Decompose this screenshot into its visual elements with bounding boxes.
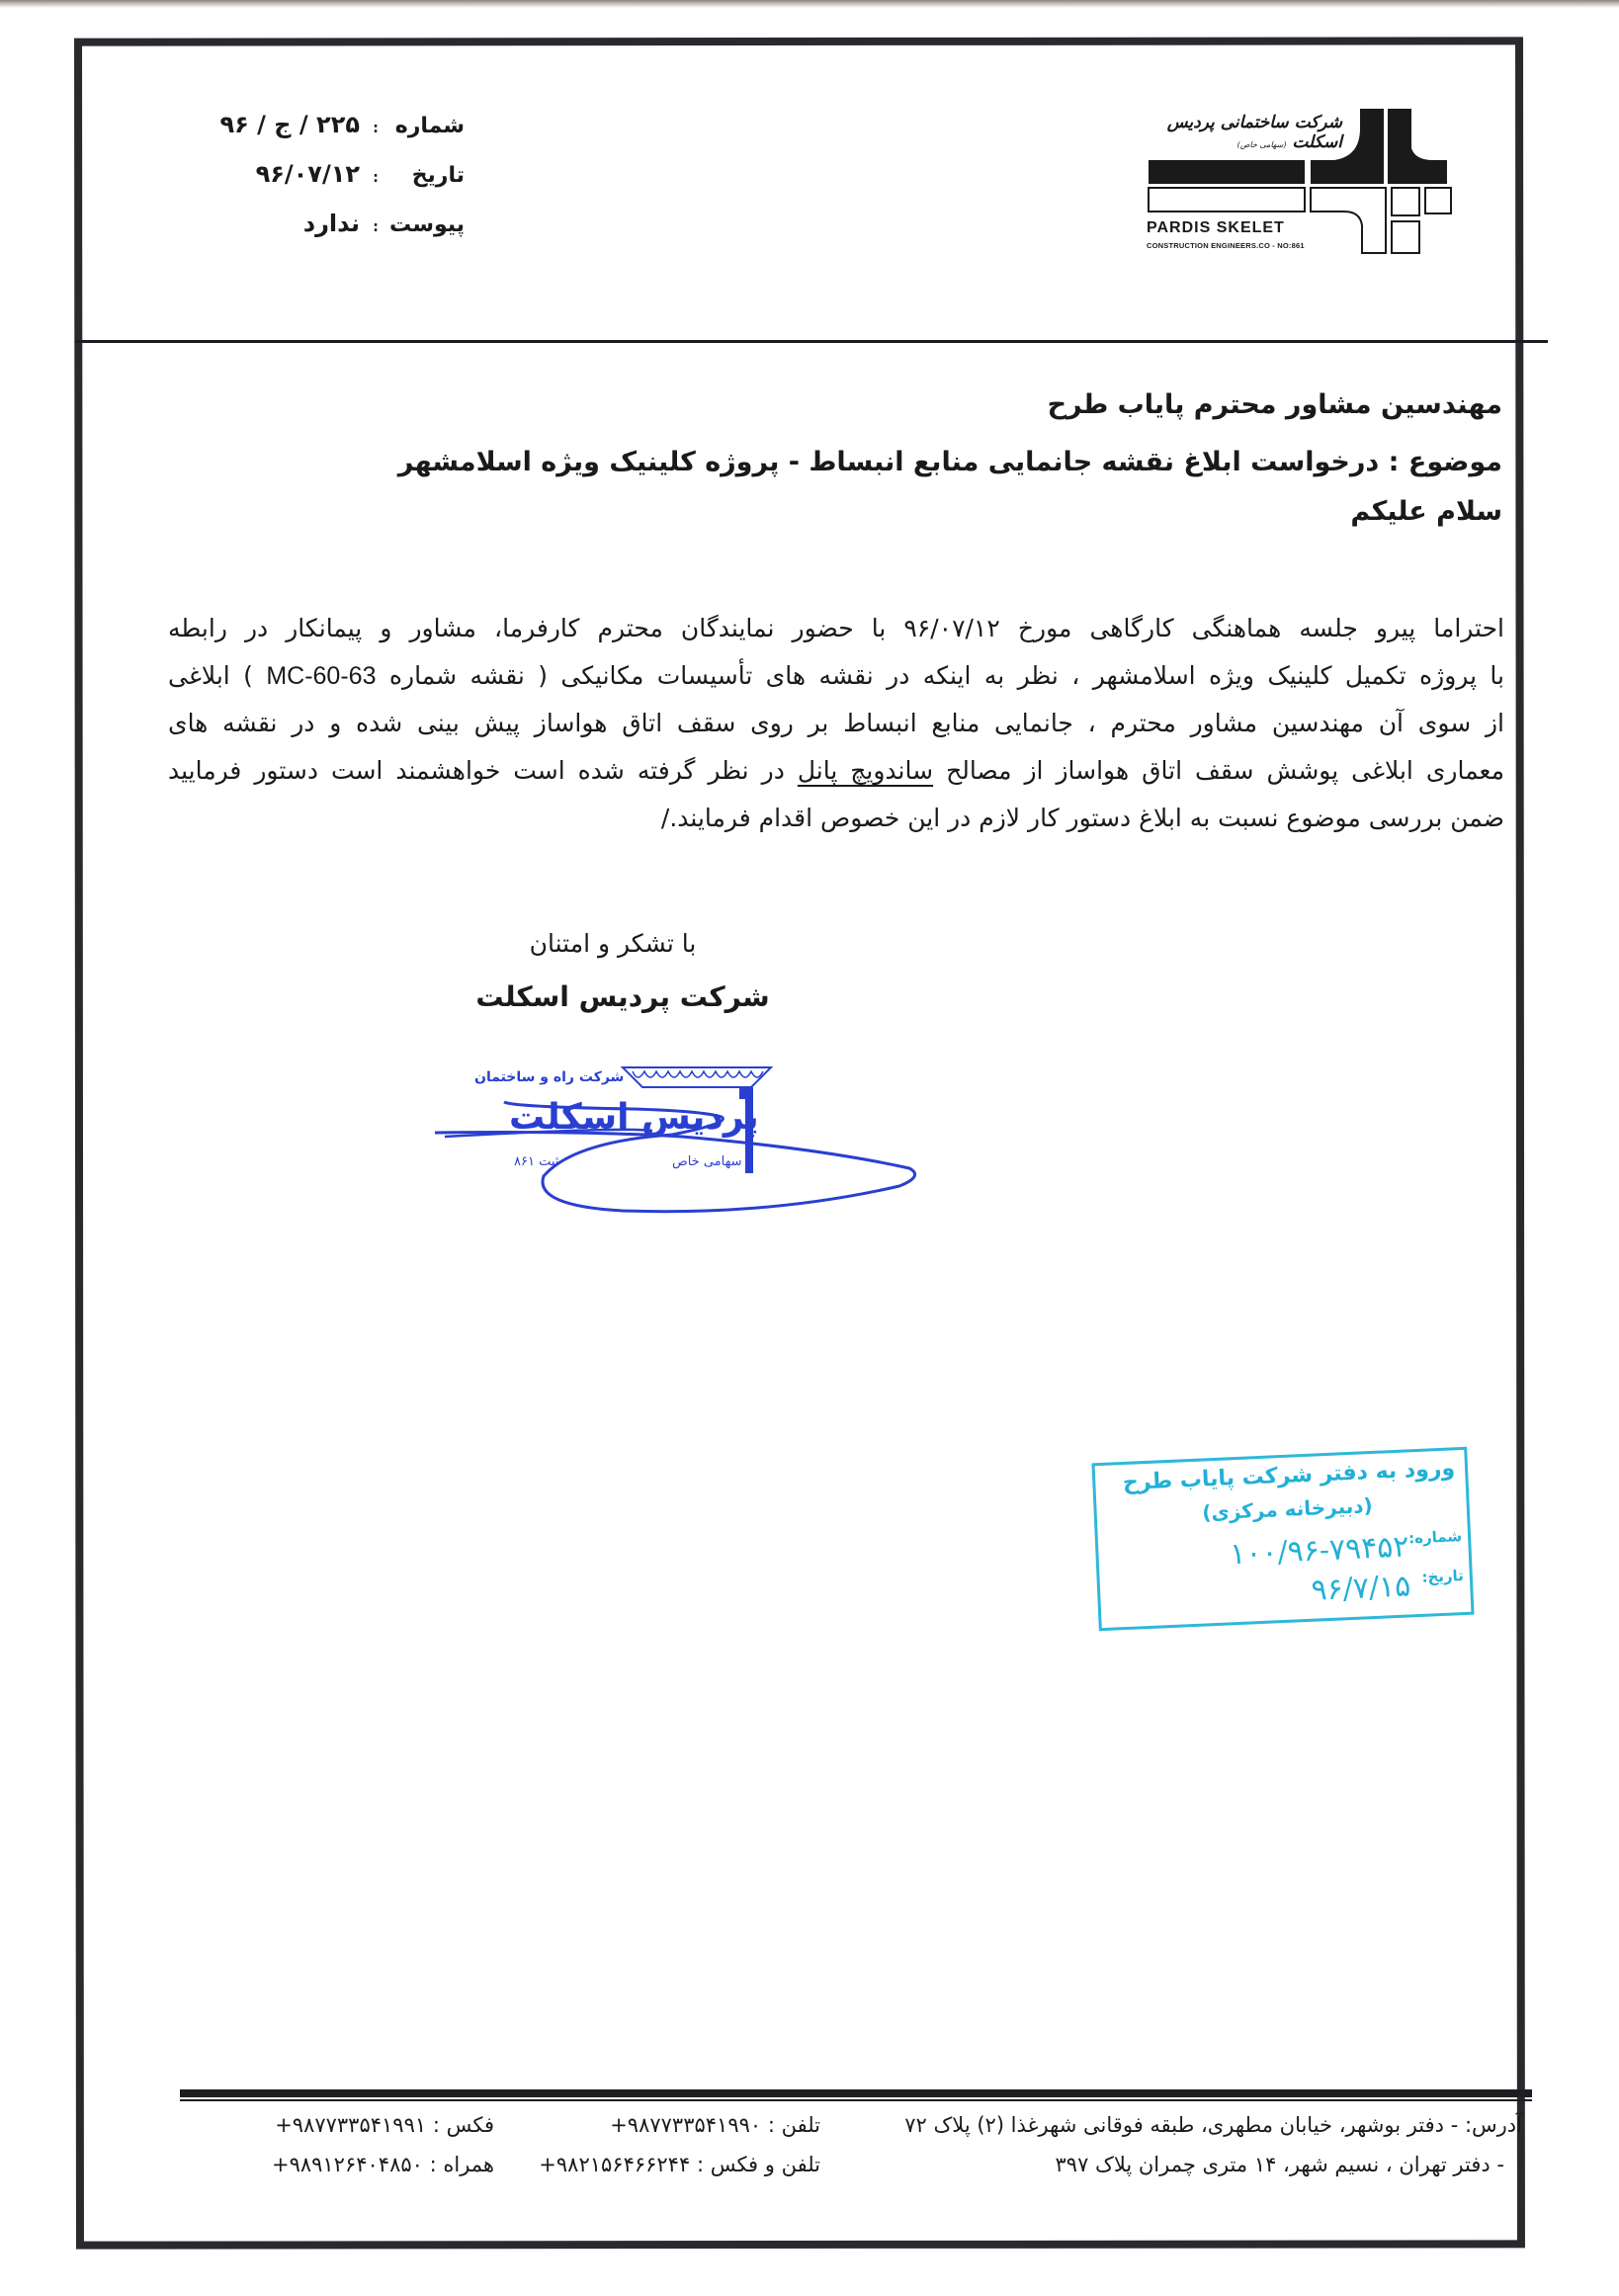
stamp-top-text: شرکت راه و ساختمان [474,1069,624,1085]
fax-value: +۹۸۷۷۳۳۵۴۱۹۹۱ [275,2113,426,2137]
phone-value: +۹۸۷۷۳۳۵۴۱۹۹۰ [610,2113,761,2137]
phone-fax-value: +۹۸۲۱۵۶۴۶۶۲۴۴ [539,2153,690,2176]
signatory-company: شرکت پردیس اسکلت [465,980,781,1013]
date-value: ۹۶/۰۷/۱۲ [198,160,366,188]
meta-number-row: شماره : ۲۲۵ / ج / ۹۶ [198,111,465,160]
phone-label: تلفن : [768,2113,820,2137]
date-label: تاریخ [385,163,465,188]
mobile-value: +۹۸۹۱۲۶۴۰۴۸۵۰ [272,2153,423,2176]
mobile: همراه : +۹۸۹۱۲۶۴۰۴۸۵۰ [267,2145,494,2184]
footer-divider-thick [180,2089,1532,2097]
stamp-main-text: پردیس اسکلت [509,1097,759,1138]
body-line-5: ضمن بررسی موضوع نسبت به ابلاغ دستور کار … [168,795,1504,842]
body-text: ) ابلاغی [168,661,253,690]
body-line-1: احتراما پیرو جلسه هماهنگی کارگاهی مورخ ۹… [168,605,1504,652]
separator: : [366,121,385,136]
company-stamp: شرکت راه و ساختمان پردیس اسکلت ثبت ۸۶۱ س… [425,1038,939,1226]
header-divider [75,340,1548,343]
recipient: مهندسین مشاور محترم پایاب طرح [1048,389,1502,420]
fax-label: فکس : [433,2113,494,2137]
attachment-value: ندارد [198,210,366,237]
received-number-value: ۱۰۰/۹۶-۷۹۴۵۲ [1229,1529,1409,1572]
body-line-4: معماری ابلاغی پوشش سقف اتاق هواساز از مص… [168,747,1504,795]
footer-divider-thin [180,2099,1532,2101]
address-tehran: - دفتر تهران ، نسیم شهر، ۱۴ متری چمران پ… [820,2145,1522,2184]
address-bushehr: آدرس: - دفتر بوشهر، خیابان مطهری، طبقه ف… [820,2105,1522,2145]
received-number-label: شماره: [1408,1527,1463,1547]
letter-body: احتراما پیرو جلسه هماهنگی کارگاهی مورخ ۹… [168,605,1504,842]
footer: آدرس: - دفتر بوشهر، خیابان مطهری، طبقه ف… [267,2105,1522,2184]
footer-line-tehran: - دفتر تهران ، نسیم شهر، ۱۴ متری چمران پ… [267,2145,1522,2184]
attachment-label: پیوست [385,213,465,237]
number-label: شماره [385,114,465,138]
body-text: با پروژه تکمیل کلینیک ویژه اسلامشهر ، نظ… [389,661,1504,690]
received-stamp-subtitle: (دبیرخانه مرکزی) [1202,1493,1373,1524]
number-value: ۲۲۵ / ج / ۹۶ [198,111,366,138]
drawing-code: MC-60-63 [266,662,376,690]
greeting: سلام علیکم [1350,496,1502,527]
received-date-label: تاریخ: [1421,1567,1464,1586]
letter-meta: شماره : ۲۲۵ / ج / ۹۶ تاریخ : ۹۶/۰۷/۱۲ پی… [198,111,465,259]
body-text: در نظر گرفته شده است خواهشمند است دستور … [168,756,785,785]
phone-fax-tehran: تلفن و فکس : +۹۸۲۱۵۶۴۶۶۲۴۴ [494,2145,820,2184]
received-stamp-title: ورود به دفتر شرکت پایاب طرح [1122,1456,1455,1495]
mobile-label: همراه : [430,2153,494,2176]
material-underlined: ساندویچ پانل [798,756,933,785]
stamp-registration: ثبت ۸۶۱ [514,1154,558,1169]
logo-english-sub: CONSTRUCTION ENGINEERS.CO - NO:861 [1147,241,1305,250]
scan-edge [0,0,1619,8]
phone-fax-label: تلفن و فکس : [697,2153,820,2176]
separator: : [366,219,385,235]
subject: موضوع : درخواست ابلاغ نقشه جانمایی منابع… [398,447,1502,477]
company-logo: شرکت ساختمانی پردیس اسکلت (سهامی خاص) PA… [1137,109,1492,267]
stamp-company-type: سهامی خاص [672,1154,742,1169]
footer-line-bushehr: آدرس: - دفتر بوشهر، خیابان مطهری، طبقه ف… [267,2105,1522,2145]
received-date-value: ۹۶/۷/۱۵ [1311,1569,1411,1607]
body-line-2: با پروژه تکمیل کلینیک ویژه اسلامشهر ، نظ… [168,652,1504,700]
meta-attachment-row: پیوست : ندارد [198,210,465,259]
meta-date-row: تاریخ : ۹۶/۰۷/۱۲ [198,160,465,210]
body-line-3: از سوی آن مهندسین مشاور محترم ، جانمایی … [168,700,1504,747]
phone-bushehr: تلفن : +۹۸۷۷۳۳۵۴۱۹۹۰ [494,2105,820,2145]
logo-english-name: PARDIS SKELET [1147,219,1285,237]
received-stamp: ورود به دفتر شرکت پایاب طرح (دبیرخانه مر… [1091,1447,1474,1631]
closing: با تشکر و امتنان [465,929,761,958]
separator: : [366,170,385,186]
fax-bushehr: فکس : +۹۸۷۷۳۳۵۴۱۹۹۱ [267,2105,494,2145]
body-text: معماری ابلاغی پوشش سقف اتاق هواساز از مص… [946,756,1504,785]
